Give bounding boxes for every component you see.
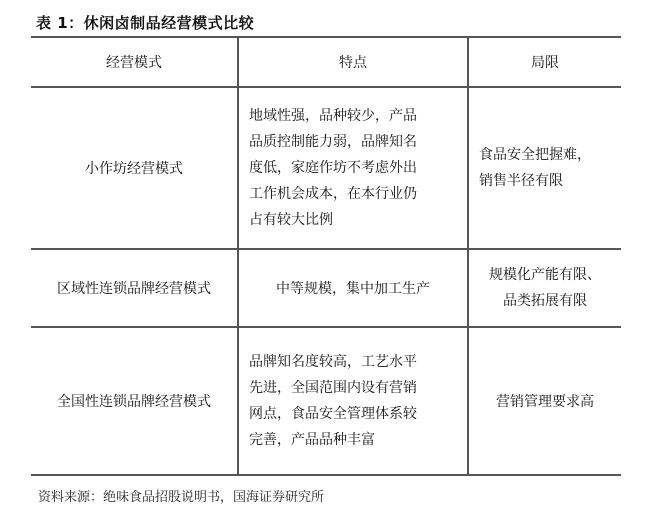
cell-features: 中等规模，集中加工生产	[238, 249, 468, 327]
cell-features: 地域性强，品种较少，产品 品质控制能力弱，品牌知名 度低，家庭作坊不考虑外出 工…	[238, 87, 468, 249]
cell-features: 品牌知名度较高，工艺水平 先进，全国范围内设有营销 网点，食品安全管理体系较 完…	[238, 327, 468, 475]
header-features: 特点	[238, 37, 468, 87]
cell-mode: 全国性连锁品牌经营模式	[31, 327, 238, 475]
table-row: 区域性连锁品牌经营模式 中等规模，集中加工生产 规模化产能有限、 品类拓展有限	[31, 249, 621, 327]
cell-limits: 食品安全把握难， 销售半径有限	[468, 87, 621, 249]
header-limits: 局限	[468, 37, 621, 87]
source-note: 资料来源：绝味食品招股说明书，国海证券研究所	[38, 486, 324, 505]
cell-mode: 小作坊经营模式	[31, 87, 238, 249]
cell-limits: 规模化产能有限、 品类拓展有限	[468, 249, 621, 327]
table-row: 全国性连锁品牌经营模式 品牌知名度较高，工艺水平 先进，全国范围内设有营销 网点…	[31, 327, 621, 475]
cell-limits: 营销管理要求高	[468, 327, 621, 475]
table-title: 表 1：休闲卤制品经营模式比较	[36, 12, 254, 33]
table-row: 小作坊经营模式 地域性强，品种较少，产品 品质控制能力弱，品牌知名 度低，家庭作…	[31, 87, 621, 249]
table-header-row: 经营模式 特点 局限	[31, 37, 621, 87]
comparison-table: 经营模式 特点 局限 小作坊经营模式 地域性强，品种较少，产品 品质控制能力弱，…	[31, 36, 621, 476]
cell-mode: 区域性连锁品牌经营模式	[31, 249, 238, 327]
header-mode: 经营模式	[31, 37, 238, 87]
